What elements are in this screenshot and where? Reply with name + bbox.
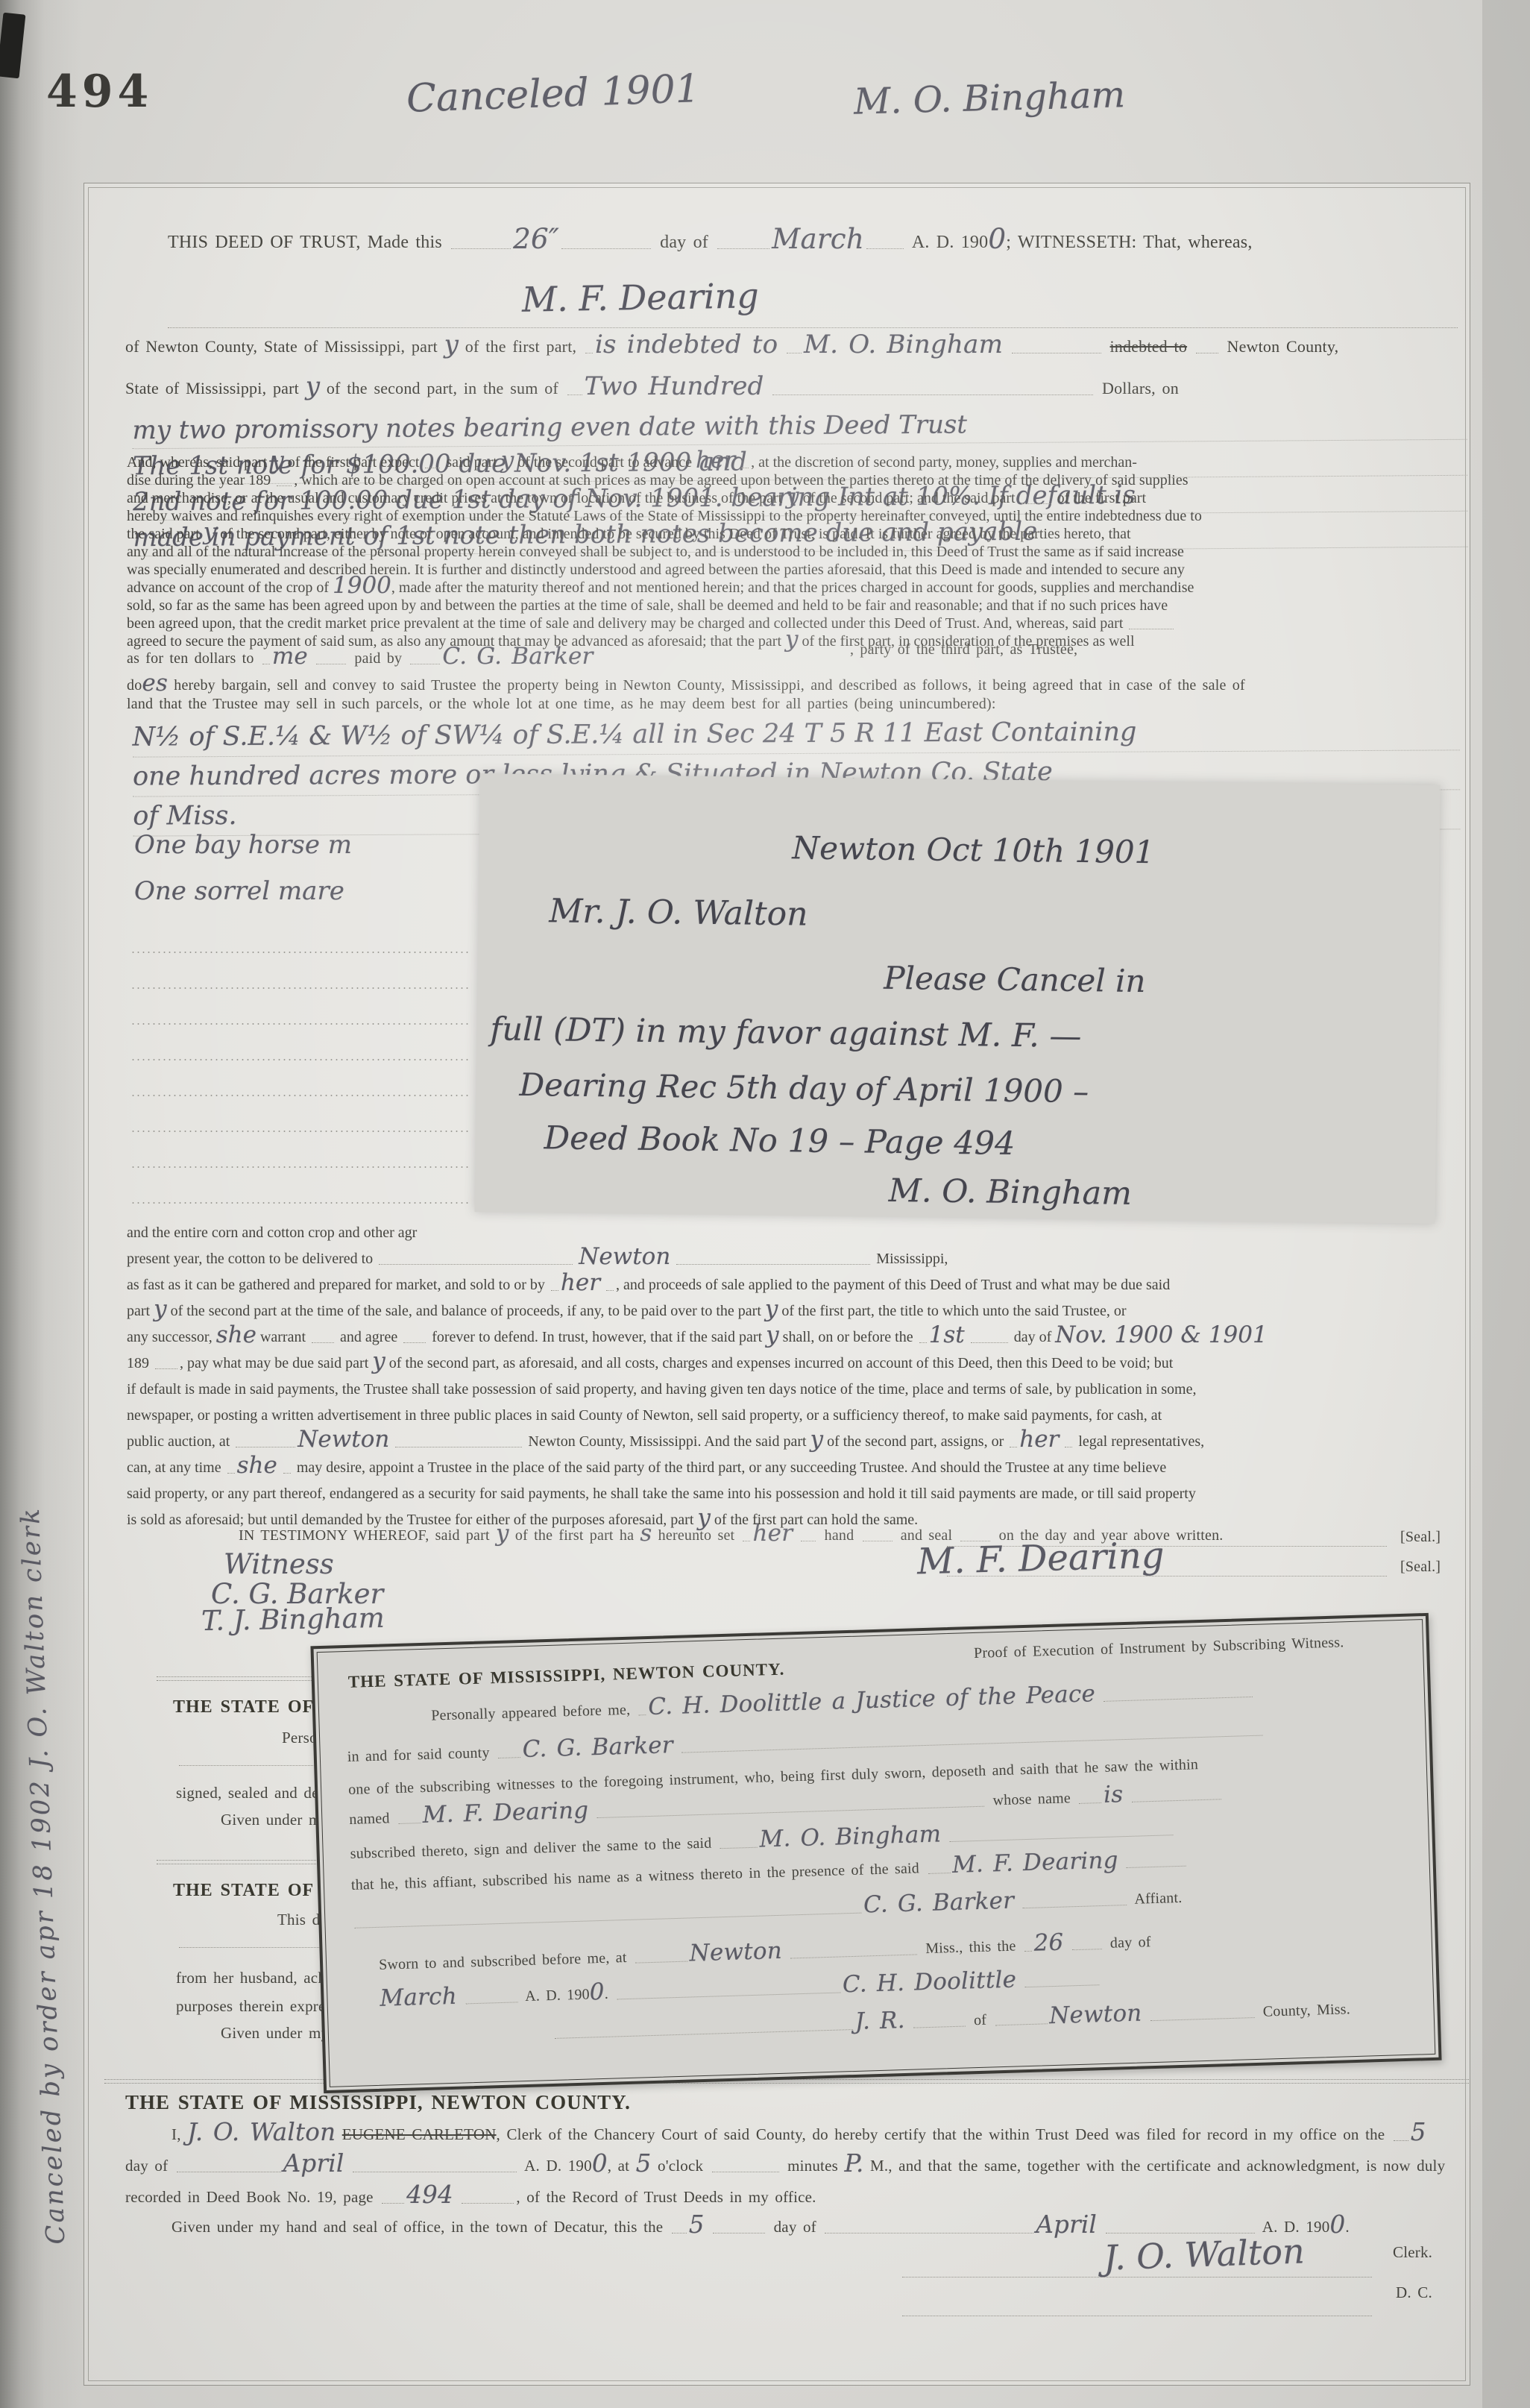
dotted-blank	[1106, 2224, 1255, 2233]
dotted-blank	[353, 2163, 517, 2172]
handwritten-fill: y	[444, 330, 459, 359]
notary-line-9: March A. D. 1900. C. H. Doolittle	[380, 1971, 1101, 2010]
dotted-blank	[403, 1334, 426, 1343]
form-line: newspaper, or posting a written advertis…	[127, 1403, 1469, 1429]
form-line: public auction, at Newton Newton County,…	[127, 1429, 1469, 1455]
dotted-blank	[262, 656, 270, 664]
dotted-blank	[410, 656, 440, 664]
notary-header-left: THE STATE OF MISSISSIPPI, NEWTON COUNTY.	[348, 1660, 785, 1692]
handwritten-fill: y	[271, 447, 284, 474]
handwritten-fill: 26″	[513, 222, 559, 255]
handwritten-fill: es	[142, 670, 168, 697]
dotted-blank	[555, 2021, 853, 2039]
handwritten-fill: M. O. Bingham	[804, 330, 1003, 359]
pasted-cancellation-note: Newton Oct 10th 1901 Mr. J. O. Walton Pl…	[474, 773, 1440, 1224]
dotted-blank	[1127, 1858, 1186, 1868]
form-line: One sorrel mare	[134, 868, 477, 914]
struck-text: indebted to	[1110, 337, 1188, 356]
dotted-blank	[1065, 1439, 1072, 1447]
ack2-line-3: purposes therein expre	[176, 1997, 326, 2016]
dotted-blank	[1072, 1940, 1102, 1950]
form-line: and the entire corn and cotton crop and …	[127, 1220, 1469, 1246]
form-line: as fast as it can be gathered and prepar…	[127, 1272, 1469, 1298]
cert-line-3: recorded in Deed Book No. 19, page 494 ,…	[125, 2188, 816, 2207]
dotted-blank	[720, 1839, 758, 1849]
dotted-blank	[919, 1334, 927, 1343]
handwritten-fill: Two Hundred	[585, 371, 764, 401]
note-place-date: Newton Oct 10th 1901	[792, 829, 1154, 870]
handwritten-fill: 0	[589, 1978, 605, 2006]
form-line: advance on account of the crop of 1900, …	[127, 579, 1469, 597]
dotted-blank	[1010, 1439, 1017, 1447]
dotted-blank	[995, 2015, 1047, 2025]
dotted-blank	[585, 344, 593, 353]
handwritten-fill: Newton	[1049, 2000, 1142, 2030]
struck-text: EUGENE CARLETON	[342, 2125, 497, 2143]
form-line: And, whereas, said part y of the first p…	[127, 453, 1469, 471]
cancel-annotation: Canceled 1901	[406, 66, 701, 122]
covenants-paragraph-2: and the entire corn and cotton crop and …	[127, 1220, 1469, 1533]
form-line: sold, so far as the same has been agreed…	[127, 597, 1469, 614]
handwritten-fill: y	[154, 1295, 167, 1322]
dotted-blank	[1394, 2131, 1408, 2141]
first-part-line: of Newton County, State of Mississippi, …	[125, 337, 1338, 356]
dotted-blank	[227, 1465, 235, 1474]
note-addressee: Mr. J. O. Walton	[549, 892, 808, 933]
principal-signature: M. F. Dearing	[916, 1535, 1165, 1583]
page-right-edge	[1482, 0, 1530, 2408]
handwritten-fill: Nov. 1900 & 1901	[1055, 1321, 1267, 1348]
handwritten-fill: 0	[592, 2149, 608, 2178]
notary-line-8: Sworn to and subscribed before me, at Ne…	[379, 1934, 1151, 1974]
dotted-blank	[606, 1282, 614, 1291]
trustee-line-1: as for ten dollars to me paid by C. G. B…	[127, 650, 594, 667]
note-line-1: Please Cancel in	[884, 960, 1146, 999]
dotted-blank	[866, 239, 904, 249]
handwritten-fill: her	[1019, 1426, 1059, 1453]
sum-line: State of Mississippi, part y of the seco…	[125, 379, 1179, 398]
witness-label: Witness	[224, 1548, 334, 1580]
dc-rule	[902, 2315, 1372, 2316]
handwritten-fill: C. G. Barker	[522, 1732, 673, 1763]
handwritten-fill: y	[786, 482, 799, 509]
notary-header-right: Proof of Execution of Instrument by Subs…	[974, 1634, 1344, 1662]
dotted-blank	[498, 1749, 520, 1758]
notary-certificate-box: THE STATE OF MISSISSIPPI, NEWTON COUNTY.…	[310, 1613, 1441, 2093]
dotted-blank	[316, 656, 346, 664]
form-line: the said part y of the second part, eith…	[127, 525, 1469, 543]
ack2-header: THE STATE OF M	[173, 1881, 339, 1901]
clerk-label: Clerk.	[1393, 2243, 1432, 2262]
notary-line-7: C. G. Barker Affiant.	[352, 1890, 1183, 1931]
livestock-block: One bay horse mOne sorrel mare	[134, 822, 477, 914]
dotted-blank	[635, 1953, 687, 1964]
handwritten-fill: J. R.	[854, 2007, 905, 2035]
handwritten-fill: y	[765, 1295, 778, 1322]
dotted-blank	[155, 1360, 177, 1369]
dotted-blank	[379, 1256, 573, 1265]
handwritten-fill: C. G. Barker	[442, 643, 593, 670]
dotted-blank	[1079, 1794, 1101, 1804]
handwritten-fill: me	[272, 643, 308, 670]
dotted-blank	[676, 1256, 870, 1265]
blank-dotted-rules	[130, 936, 470, 1219]
dotted-blank	[465, 1993, 517, 2004]
form-line: hereby waives and relinquishes every rig…	[127, 507, 1469, 525]
handwritten-fill: y	[204, 518, 217, 545]
handwritten-fill: 0	[988, 222, 1006, 255]
handwritten-fill: Newton	[297, 1426, 389, 1453]
dotted-blank	[717, 239, 769, 249]
handwritten-fill: y	[697, 1504, 711, 1531]
ack2-line-2: from her husband, ack	[176, 1969, 326, 1987]
seal-label-2: [Seal.]	[1400, 1559, 1441, 1576]
form-line: said property, or any part thereof, enda…	[127, 1481, 1469, 1507]
handwritten-fill: her	[561, 1269, 600, 1296]
note-line-4: Deed Book No 19 – Page 494	[544, 1119, 1015, 1163]
signature-rule	[168, 327, 1458, 328]
handwritten-fill: 494	[406, 2181, 453, 2209]
grantee-annotation: M. O. Bingham	[853, 74, 1125, 123]
handwritten-fill: C. H. Doolittle a Justice of the Peace	[648, 1680, 1096, 1720]
form-line: was specially enumerated and described h…	[127, 561, 1469, 579]
grantor-name-handwritten: M. F. Dearing	[522, 275, 760, 320]
handwritten-fill: March	[380, 1983, 457, 2012]
handwritten-fill: she	[237, 1452, 277, 1479]
dotted-blank	[277, 477, 292, 486]
dotted-blank	[395, 1439, 522, 1447]
dotted-blank	[713, 2224, 765, 2233]
notary-line-1: Personally appeared before me, C. H. Doo…	[431, 1683, 1256, 1725]
note-signature: M. O. Bingham	[889, 1172, 1133, 1213]
dotted-blank	[236, 1439, 295, 1447]
handwritten-fill: P.	[844, 2149, 863, 2178]
witness-signature-2: T. J. Bingham	[201, 1602, 385, 1637]
handwritten-fill: 5	[689, 2210, 705, 2239]
handwritten-fill: y	[785, 626, 799, 653]
dotted-blank	[1196, 344, 1218, 353]
scanned-deed-page: 494 Canceled 1901 M. O. Bingham Canceled…	[0, 0, 1530, 2408]
dotted-blank	[743, 1532, 750, 1541]
handwritten-fill: C. H. Doolittle	[842, 1967, 1016, 1999]
handwritten-fill: 5	[636, 2149, 652, 2178]
dotted-blank	[561, 239, 651, 249]
page-number: 494	[46, 66, 153, 118]
form-line: and merchandise, or at the usual and cus…	[127, 489, 1469, 507]
dotted-blank	[913, 2018, 966, 2028]
dotted-blank	[971, 1334, 1008, 1343]
dotted-blank	[801, 1532, 816, 1541]
trustee-line-3: land that the Trustee may sell in such p…	[127, 696, 996, 713]
dotted-blank	[425, 459, 440, 468]
handwritten-fill: 1900	[333, 572, 391, 599]
dotted-blank	[1024, 1976, 1099, 1987]
dotted-blank	[1150, 2009, 1255, 2021]
handwritten-fill: 5	[1411, 2118, 1426, 2146]
dotted-blank	[928, 1864, 950, 1874]
dotted-blank	[741, 459, 749, 468]
dotted-blank	[949, 1826, 1173, 1842]
form-line: 189 , pay what may be due said part y of…	[127, 1351, 1469, 1377]
note-line-2: full (DT) in my favor against M. F. —	[490, 1010, 1082, 1055]
cert-header: THE STATE OF MISSISSIPPI, NEWTON COUNTY.	[125, 2091, 631, 2114]
dotted-blank	[177, 2163, 281, 2172]
dotted-blank	[1131, 1791, 1221, 1802]
handwritten-fill: Newton	[579, 1243, 670, 1270]
form-line: present year, the cotton to be delivered…	[127, 1246, 1469, 1272]
dotted-blank	[617, 1984, 840, 2000]
handwritten-fill: her	[696, 447, 735, 474]
handwritten-fill: J. O. Walton	[187, 2118, 336, 2146]
dotted-blank	[354, 1905, 861, 1928]
handwritten-fill: y	[501, 447, 514, 474]
handwritten-fill: is indebted to	[595, 330, 778, 359]
cert-line-1: I, J. O. Walton EUGENE CARLETON, Clerk o…	[171, 2125, 1426, 2144]
dotted-blank	[825, 2224, 1033, 2233]
clerk-signature: J. O. Walton	[1103, 2231, 1305, 2277]
handwritten-fill: she	[216, 1321, 256, 1348]
cert-line-4: Given under my hand and seal of office, …	[171, 2218, 1350, 2236]
ack1-line-3: Given under my	[221, 1811, 329, 1829]
ack2-line-4: Given under my	[221, 2024, 329, 2043]
covenants-paragraph-1: And, whereas, said part y of the first p…	[127, 447, 1469, 650]
dotted-blank	[863, 1532, 892, 1541]
dotted-blank	[567, 386, 582, 395]
trustee-line-2: does hereby bargain, sell and convey to …	[127, 677, 1245, 694]
dotted-blank	[790, 1946, 917, 1958]
form-line: if default is made in said payments, the…	[127, 1377, 1469, 1403]
dotted-blank	[712, 2163, 779, 2172]
dotted-blank	[1012, 344, 1101, 353]
deed-title-line: THIS DEED OF TRUST, Made this 26″ day of…	[168, 233, 1253, 253]
dotted-blank	[596, 1798, 984, 1818]
form-line: agreed to secure the payment of said sum…	[127, 632, 1469, 650]
handwritten-fill: 0	[1329, 2210, 1345, 2239]
handwritten-fill: y	[810, 1426, 824, 1453]
dotted-blank	[451, 239, 511, 249]
handwritten-fill: y	[766, 1321, 779, 1348]
dotted-blank	[382, 2194, 404, 2204]
dotted-blank	[672, 2224, 687, 2233]
dotted-blank	[1129, 620, 1174, 629]
dotted-blank	[772, 386, 1093, 395]
dotted-blank	[638, 1706, 646, 1715]
dotted-blank	[283, 1465, 291, 1474]
cert-line-2: day of April A. D. 1900, at 5 o'clock mi…	[125, 2157, 1445, 2175]
cert-separator	[104, 2079, 1469, 2084]
dotted-blank	[551, 1282, 558, 1291]
handwritten-fill: March	[772, 222, 864, 255]
notary-line-10: J. R. of Newton County, Miss.	[552, 2001, 1351, 2042]
form-line: One bay horse m	[134, 822, 477, 868]
dotted-blank	[787, 344, 802, 353]
trustee-fragment: , party of the third part, as Trustee,	[850, 641, 1077, 658]
form-line: part y of the second part at the time of…	[127, 1298, 1469, 1324]
form-line: is sold as aforesaid; but until demanded…	[127, 1507, 1469, 1533]
handwritten-fill: April	[1036, 2210, 1097, 2239]
form-line: can, at any time she may desire, appoint…	[127, 1455, 1469, 1481]
handwritten-fill: y	[306, 371, 320, 401]
handwritten-fill: 1st	[929, 1321, 965, 1348]
ack1-line-2: signed, sealed and del	[176, 1784, 324, 1802]
form-line: any and all of the natural increase of t…	[127, 543, 1469, 561]
dotted-blank	[1021, 495, 1051, 504]
dotted-blank	[1104, 1688, 1253, 1702]
form-line: N½ of S.E.¼ & W½ of SW¼ of S.E.¼ all in …	[133, 711, 1460, 757]
dotted-blank	[312, 1334, 334, 1343]
dc-label: D. C.	[1396, 2283, 1432, 2302]
handwritten-fill: is	[1104, 1781, 1124, 1808]
handwritten-fill: M. F. Dearing	[422, 1796, 589, 1829]
notary-box-inner: THE STATE OF MISSISSIPPI, NEWTON COUNTY.…	[317, 1619, 1436, 2087]
handwritten-fill: M. O. Bingham	[759, 1820, 942, 1852]
handwritten-fill: Newton	[689, 1937, 782, 1967]
handwritten-fill: 26	[1033, 1929, 1064, 1957]
handwritten-fill: M. F. Dearing	[951, 1846, 1118, 1879]
note-line-3: Dearing Rec 5th day of April 1900 –	[519, 1066, 1089, 1110]
handwritten-fill: April	[283, 2149, 344, 2178]
handwritten-fill: C. G. Barker	[863, 1887, 1015, 1919]
dotted-blank	[1024, 1943, 1032, 1952]
form-line: any successor, she warrant and agree for…	[127, 1324, 1469, 1351]
dotted-blank	[462, 2194, 514, 2204]
handwritten-fill: y	[372, 1348, 385, 1374]
dotted-blank	[681, 1727, 1263, 1753]
dotted-blank	[398, 1814, 421, 1824]
dotted-blank	[1022, 1896, 1127, 1908]
